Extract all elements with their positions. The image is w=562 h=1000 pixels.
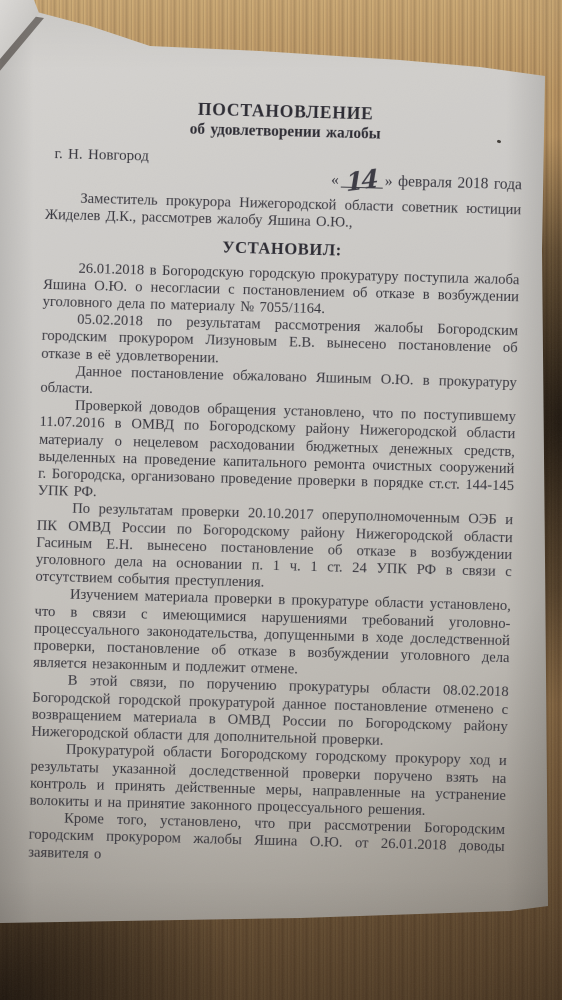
close-quote: » [385, 173, 393, 190]
section-heading: УСТАНОВИЛ: [44, 234, 520, 264]
open-quote: « [331, 171, 339, 188]
paragraph-7: В этой связи, по поручению прокуратуры о… [31, 672, 509, 753]
paragraph-6: Изучением материала проверки в прокурату… [33, 586, 511, 684]
handwritten-day-slot: 14 [341, 172, 383, 189]
place-line: г. Н. Новгород [54, 146, 149, 166]
document-content: ПОСТАНОВЛЕНИЕ об удовлетворении жалобы г… [28, 94, 524, 874]
paragraph-8: Прокуратурой области Богородскому городс… [29, 741, 507, 822]
date-text: февраля 2018 года [398, 173, 522, 193]
photo-of-document: ПОСТАНОВЛЕНИЕ об удовлетворении жалобы г… [0, 0, 562, 1000]
paragraph-4: Проверкой доводов обращения установлено,… [37, 397, 516, 513]
date-line: «14» февраля 2018 года [331, 171, 522, 193]
paragraph-5: По результатам проверки 20.10.2017 оперу… [35, 500, 513, 598]
document-page: ПОСТАНОВЛЕНИЕ об удовлетворении жалобы г… [0, 0, 562, 1000]
handwritten-day: 14 [347, 179, 378, 183]
